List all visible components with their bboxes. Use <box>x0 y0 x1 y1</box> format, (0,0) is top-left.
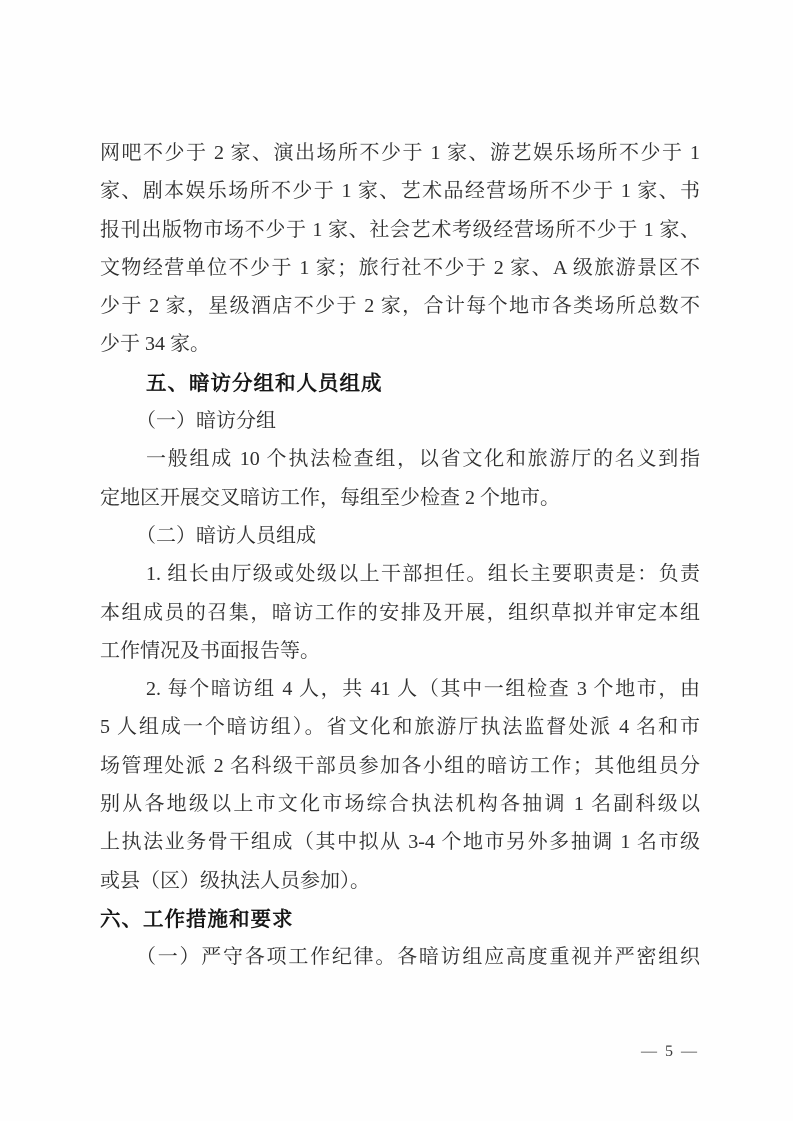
text-line: 上执法业务骨干组成（其中拟从 3-4 个地市另外多抽调 1 名市级 <box>100 823 700 861</box>
subsection-heading-1: （一）暗访分组 <box>100 402 700 440</box>
text-line: 场管理处派 2 名科级干部员参加各小组的暗访工作；其他组员分 <box>100 747 700 785</box>
text-line: 本组成员的召集，暗访工作的安排及开展，组织草拟并审定本组 <box>100 594 700 632</box>
text-line: 家、剧本娱乐场所不少于 1 家、艺术品经营场所不少于 1 家、书 <box>100 172 700 210</box>
section-heading-6: 六、工作措施和要求 <box>100 900 700 938</box>
text-line: 一般组成 10 个执法检查组，以省文化和旅游厅的名义到指 <box>100 440 700 478</box>
document-body: 网吧不少于 2 家、演出场所不少于 1 家、游艺娱乐场所不少于 1 家、剧本娱乐… <box>100 134 700 977</box>
text-line: 文物经营单位不少于 1 家；旅行社不少于 2 家、A 级旅游景区不 <box>100 249 700 287</box>
text-line: 5 人组成一个暗访组）。省文化和旅游厅执法监督处派 4 名和市 <box>100 708 700 746</box>
text-line: 或县（区）级执法人员参加）。 <box>100 862 700 900</box>
text-line: 2. 每个暗访组 4 人，共 41 人（其中一组检查 3 个地市，由 <box>100 670 700 708</box>
text-line: 1. 组长由厅级或处级以上干部担任。组长主要职责是：负责 <box>100 555 700 593</box>
text-line: 网吧不少于 2 家、演出场所不少于 1 家、游艺娱乐场所不少于 1 <box>100 134 700 172</box>
page-number: — 5 — <box>600 1040 740 1064</box>
section-heading-5: 五、暗访分组和人员组成 <box>100 364 700 402</box>
text-line: 少于 34 家。 <box>100 325 700 363</box>
text-line: （一）严守各项工作纪律。各暗访组应高度重视并严密组织 <box>100 938 700 976</box>
text-line: 定地区开展交叉暗访工作，每组至少检查 2 个地市。 <box>100 479 700 517</box>
text-line: 工作情况及书面报告等。 <box>100 632 700 670</box>
text-line: 少于 2 家，星级酒店不少于 2 家，合计每个地市各类场所总数不 <box>100 287 700 325</box>
text-line: 报刊出版物市场不少于 1 家、社会艺术考级经营场所不少于 1 家、 <box>100 211 700 249</box>
subsection-heading-2: （二）暗访人员组成 <box>100 517 700 555</box>
scanned-document-page: 网吧不少于 2 家、演出场所不少于 1 家、游艺娱乐场所不少于 1 家、剧本娱乐… <box>0 0 793 1121</box>
text-line: 别从各地级以上市文化市场综合执法机构各抽调 1 名副科级以 <box>100 785 700 823</box>
